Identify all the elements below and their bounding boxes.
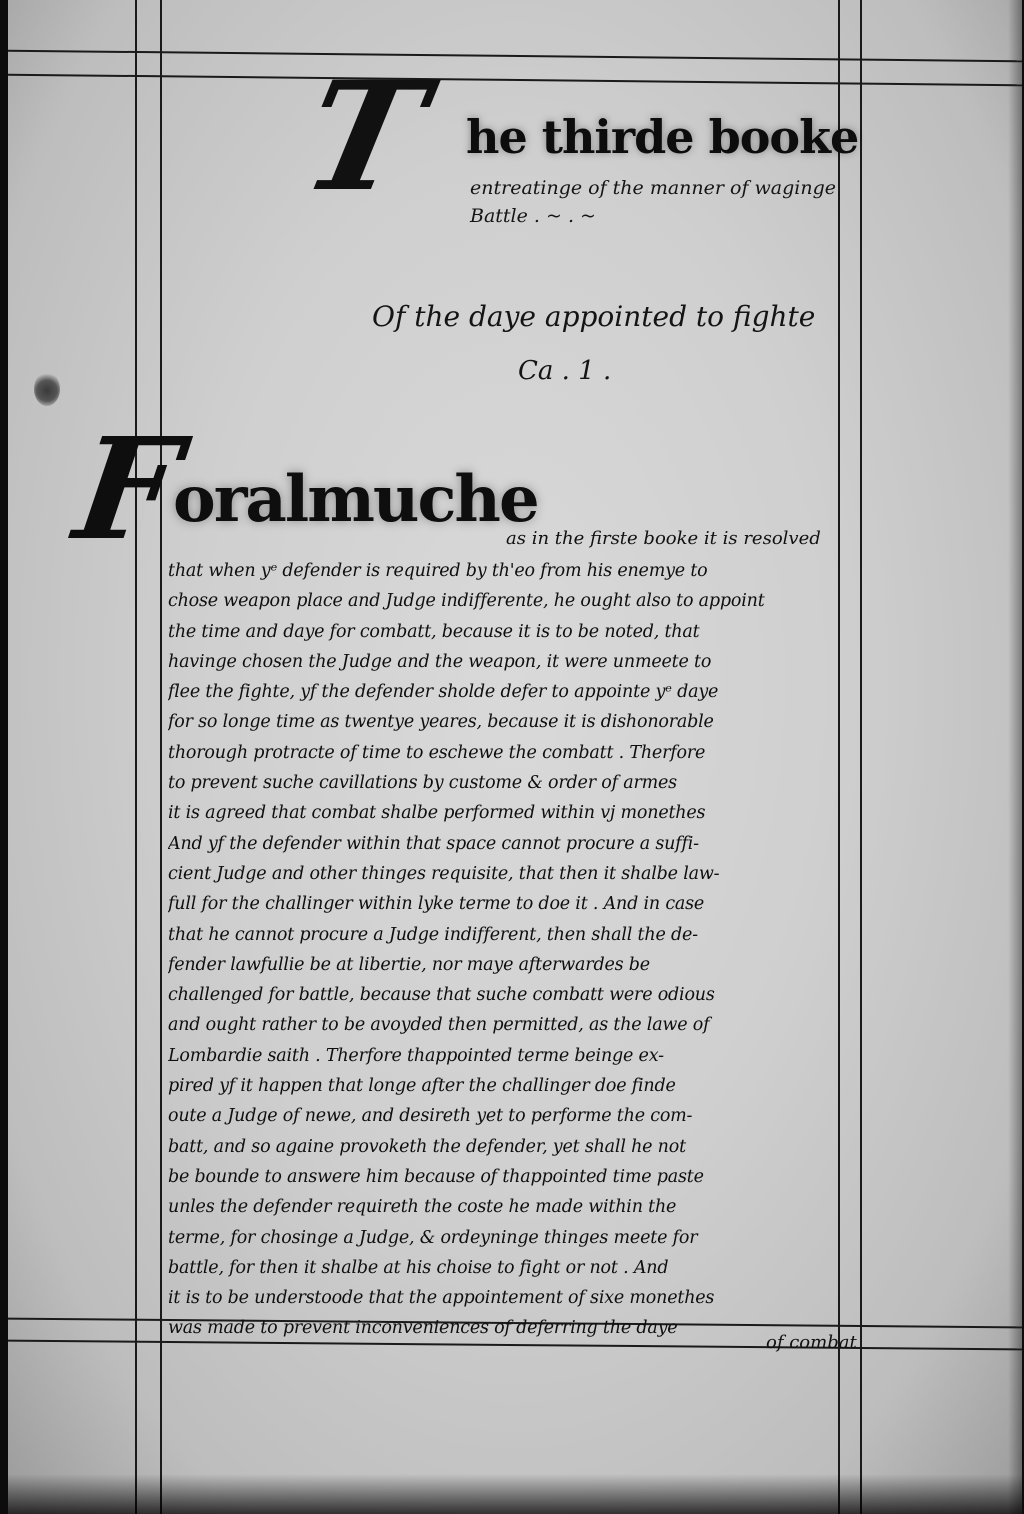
text-line: pired yf it happen that longe after the … [168,1071,868,1101]
text-line: chose weapon place and Judge indifferent… [168,586,868,616]
text-line: batt, and so againe provoketh the defend… [168,1132,868,1162]
text-line: thorough protracte of time to eschewe th… [168,738,868,768]
text-line: the time and daye for combatt, because i… [168,617,868,647]
text-line: and ought rather to be avoyded then perm… [168,1010,868,1040]
first-line-tail: as in the firste booke it is resolved [506,528,886,549]
decorated-initial-f: F [68,420,187,560]
text-line: it is agreed that combat shalbe performe… [168,798,868,828]
body-text: that when yᵉ defender is required by th'… [168,556,868,1344]
text-line: that he cannot procure a Judge indiffere… [168,920,868,950]
text-line: unles the defender requireth the coste h… [168,1192,868,1222]
text-line: to prevent suche cavillations by custome… [168,768,868,798]
book-title: he thirde booke [466,110,858,164]
text-line: terme, for chosinge a Judge, & ordeyning… [168,1223,868,1253]
text-line: it is to be understoode that the appoint… [168,1283,868,1313]
text-line: And yf the defender within that space ca… [168,829,868,859]
left-outer-margin-rule [135,0,137,1514]
text-line: be bounde to answere him because of thap… [168,1162,868,1192]
text-line: was made to prevent inconveniences of de… [168,1313,868,1343]
text-line: Lombardie saith . Therfore thappointed t… [168,1041,868,1071]
ink-stain [34,372,60,406]
chapter-title: Of the daye appointed to fighte [372,300,815,333]
text-line: battle, for then it shalbe at his choise… [168,1253,868,1283]
opening-word: oralmuche [173,468,538,532]
manuscript-page: T he thirde booke entreatinge of the man… [8,0,1022,1514]
text-line: cient Judge and other thinges requisite,… [168,859,868,889]
chapter-number: Ca . 1 . [518,356,611,386]
catchword: of combat [766,1332,857,1353]
book-subtitle: entreatinge of the manner of waginge Bat… [470,174,850,230]
text-line: fender lawfullie be at libertie, nor may… [168,950,868,980]
left-inner-margin-rule [160,0,162,1514]
text-line: for so longe time as twentye yeares, bec… [168,707,868,737]
text-line: challenged for battle, because that such… [168,980,868,1010]
text-line: flee the fighte, yf the defender sholde … [168,677,868,707]
text-line: havinge chosen the Judge and the weapon,… [168,647,868,677]
text-line: that when yᵉ defender is required by th'… [168,556,868,586]
text-line: full for the challinger within lyke term… [168,889,868,919]
text-line: oute a Judge of newe, and desireth yet t… [168,1101,868,1131]
decorated-initial-t: T [292,62,436,212]
